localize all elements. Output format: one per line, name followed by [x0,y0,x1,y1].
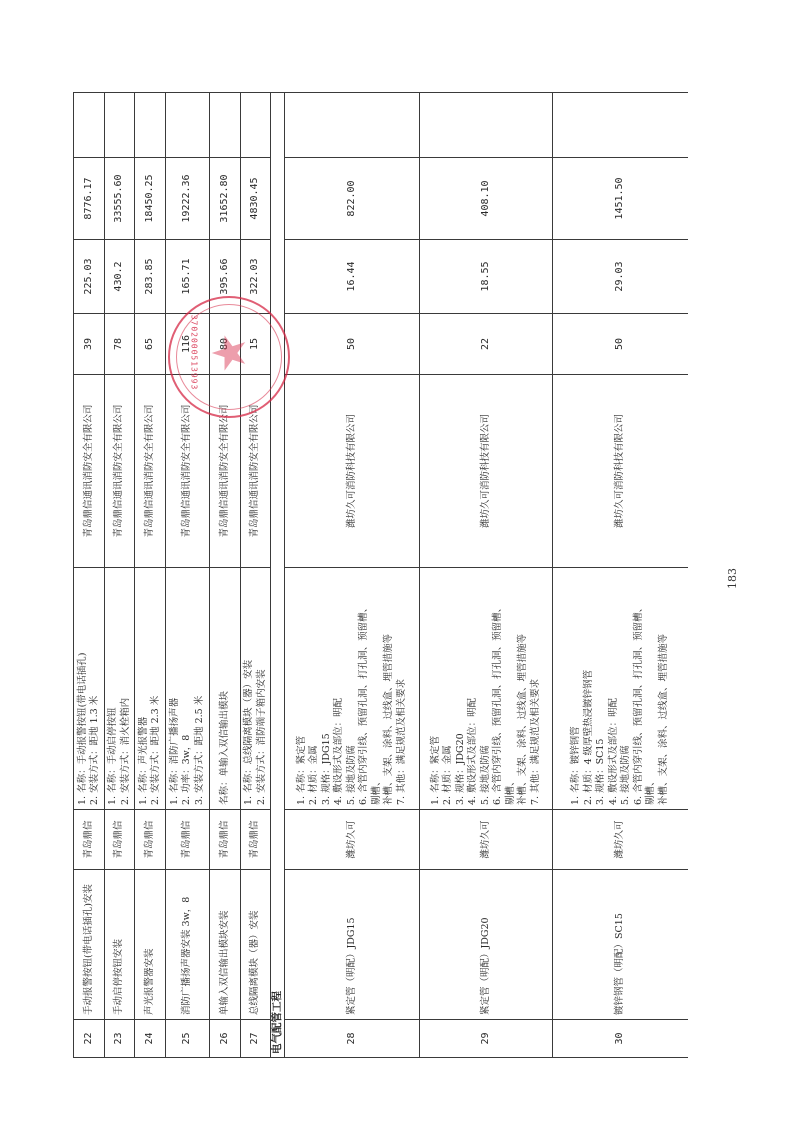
feature-line: 1. 名称：紧定管 [430,572,443,805]
remark [553,93,688,158]
page-number: 183 [726,568,739,589]
supplier-full: 潍坊久可消防科技有限公司 [285,375,420,568]
unit-price: 18.55 [420,240,553,314]
row-number: 26 [210,1020,241,1058]
feature-line: 名称：单输入双信输出模块 [219,572,232,805]
quantity: 15 [241,314,271,375]
feature-line: 2. 材质：金属 [308,572,321,805]
unit-price: 165.71 [166,240,210,314]
feature-line: 1. 名称：声光报警器 [138,572,151,805]
item-features: 1. 名称：镀锌钢管2. 材质：4 级厚壁热浸镀锌钢管3. 规格：SC154. … [553,568,688,810]
remark [285,93,420,158]
feature-line: 2. 功率：3w，8 [181,572,194,805]
remark [210,93,241,158]
unit-price: 395.66 [210,240,241,314]
feature-line: 剔槽、 [371,572,384,805]
supplier-full: 潍坊久可消防科技有限公司 [553,375,688,568]
feature-line: 1. 名称：消防广播扬声器 [169,572,182,805]
item-features: 1. 名称：手动启停按钮2. 安装方式：消火栓箱内 [105,568,135,810]
quantity: 80 [210,314,241,375]
unit-price: 29.03 [553,240,688,314]
row-number: 23 [105,1020,135,1058]
item-name: 声光报警器安装 [135,870,166,1020]
rotated-table-container: 22手动报警按钮(带电话插孔)安装青岛鼎信1. 名称：手动报警按钮(带电话插孔)… [73,93,688,1058]
supplier-short: 青岛鼎信 [166,810,210,870]
item-features: 1. 名称：紧定管2. 材质：金属3. 规格：JDG154. 敷设形式及部位：明… [285,568,420,810]
feature-line: 3. 安装方式：距地 2.5 米 [194,572,207,805]
supplier-short: 潍坊久可 [553,810,688,870]
unit-price: 322.03 [241,240,271,314]
feature-line: 1. 名称：镀锌钢管 [570,572,583,805]
feature-line: 6. 含管内穿引线、预留孔洞、打孔洞、预留槽、 [358,572,371,805]
feature-line: 1. 名称：手动报警按钮(带电话插孔) [77,572,90,805]
feature-line: 3. 规格：JDG20 [455,572,468,805]
supplier-full: 青岛鼎信通讯消防安全有限公司 [135,375,166,568]
table-row: 23手动启停按钮安装青岛鼎信1. 名称：手动启停按钮2. 安装方式：消火栓箱内青… [105,93,135,1058]
feature-line: 2. 安装方式：距地 1.3 米 [89,572,102,805]
feature-line: 4. 敷设形式及部位：明配 [608,572,621,805]
supplier-short: 青岛鼎信 [241,810,271,870]
table-row: 22手动报警按钮(带电话插孔)安装青岛鼎信1. 名称：手动报警按钮(带电话插孔)… [74,93,105,1058]
quantity: 50 [285,314,420,375]
total-price: 19222.36 [166,158,210,240]
remark [135,93,166,158]
total-price: 408.10 [420,158,553,240]
item-name: 紧定管（明配）JDG15 [285,870,420,1020]
supplier-full: 青岛鼎信通讯消防安全有限公司 [241,375,271,568]
total-price: 18450.25 [135,158,166,240]
feature-line: 补槽、支架、涂料、过线盒、埋管措施等 [383,572,396,805]
row-number: 22 [74,1020,105,1058]
feature-line: 剔槽、 [645,572,658,805]
feature-line: 2. 材质：4 级厚壁热浸镀锌钢管 [583,572,596,805]
row-number: 30 [553,1020,688,1058]
table-row: 27总线隔离模块（器）安装青岛鼎信1. 名称：总线隔离模块（器）安装2. 安装方… [241,93,271,1058]
section-header-row: 电气配管工程 [271,93,285,1058]
supplier-full: 青岛鼎信通讯消防安全有限公司 [105,375,135,568]
row-number: 29 [420,1020,553,1058]
item-name: 总线隔离模块（器）安装 [241,870,271,1020]
feature-line: 1. 名称：总线隔离模块（器）安装 [243,572,256,805]
bill-of-quantities-table: 22手动报警按钮(带电话插孔)安装青岛鼎信1. 名称：手动报警按钮(带电话插孔)… [73,92,688,1058]
item-features: 1. 名称：声光报警器2. 安装方式：距地 2.3 米 [135,568,166,810]
supplier-full: 青岛鼎信通讯消防安全有限公司 [74,375,105,568]
total-price: 4830.45 [241,158,271,240]
quantity: 65 [135,314,166,375]
total-price: 8776.17 [74,158,105,240]
feature-line: 5. 接地及防腐 [480,572,493,805]
feature-line: 3. 规格：JDG15 [321,572,334,805]
row-number: 27 [241,1020,271,1058]
item-name: 手动启停按钮安装 [105,870,135,1020]
supplier-short: 青岛鼎信 [74,810,105,870]
item-features: 1. 名称：手动报警按钮(带电话插孔)2. 安装方式：距地 1.3 米 [74,568,105,810]
item-features: 名称：单输入双信输出模块 [210,568,241,810]
table-row: 28紧定管（明配）JDG15潍坊久可1. 名称：紧定管2. 材质：金属3. 规格… [285,93,420,1058]
total-price: 31652.80 [210,158,241,240]
feature-line: 7. 其他：满足规范及相关要求 [396,572,409,805]
feature-line: 4. 敷设形式及部位：明配 [333,572,346,805]
table-row: 25消防广播扬声器安装 3w，8青岛鼎信1. 名称：消防广播扬声器2. 功率：3… [166,93,210,1058]
feature-line: 4. 敷设形式及部位：明配 [467,572,480,805]
feature-line: 5. 接地及防腐 [620,572,633,805]
item-name: 手动报警按钮(带电话插孔)安装 [74,870,105,1020]
quantity: 39 [74,314,105,375]
feature-line: 5. 接地及防腐 [346,572,359,805]
table-row: 30镀锌钢管（明配）SC15潍坊久可1. 名称：镀锌钢管2. 材质：4 级厚壁热… [553,93,688,1058]
item-name: 消防广播扬声器安装 3w，8 [166,870,210,1020]
item-features: 1. 名称：紧定管2. 材质：金属3. 规格：JDG204. 敷设形式及部位：明… [420,568,553,810]
feature-line: 剔槽、 [505,572,518,805]
table-row: 26单输入双信输出模块安装青岛鼎信名称：单输入双信输出模块青岛鼎信通讯消防安全有… [210,93,241,1058]
feature-line: 1. 名称：紧定管 [296,572,309,805]
row-number: 25 [166,1020,210,1058]
unit-price: 16.44 [285,240,420,314]
supplier-short: 青岛鼎信 [135,810,166,870]
supplier-short: 潍坊久可 [285,810,420,870]
item-features: 1. 名称：消防广播扬声器2. 功率：3w，83. 安装方式：距地 2.5 米 [166,568,210,810]
supplier-full: 青岛鼎信通讯消防安全有限公司 [210,375,241,568]
feature-line: 6. 含管内穿引线、预留孔洞、打孔洞、预留槽、 [633,572,646,805]
row-number: 28 [285,1020,420,1058]
total-price: 1451.50 [553,158,688,240]
remark [241,93,271,158]
item-features: 1. 名称：总线隔离模块（器）安装2. 安装方式：消防端子箱内安装 [241,568,271,810]
feature-line: 2. 安装方式：消火栓箱内 [120,572,133,805]
section-title: 电气配管工程 [271,93,285,1058]
feature-line: 1. 名称：手动启停按钮 [107,572,120,805]
unit-price: 430.2 [105,240,135,314]
quantity: 50 [553,314,688,375]
item-name: 镀锌钢管（明配）SC15 [553,870,688,1020]
quantity: 78 [105,314,135,375]
supplier-short: 青岛鼎信 [105,810,135,870]
supplier-short: 潍坊久可 [420,810,553,870]
unit-price: 225.03 [74,240,105,314]
feature-line: 2. 安装方式：距地 2.3 米 [150,572,163,805]
unit-price: 283.85 [135,240,166,314]
remark [166,93,210,158]
supplier-short: 青岛鼎信 [210,810,241,870]
total-price: 822.00 [285,158,420,240]
remark [105,93,135,158]
table-row: 29紧定管（明配）JDG20潍坊久可1. 名称：紧定管2. 材质：金属3. 规格… [420,93,553,1058]
feature-line: 补槽、支架、涂料、过线盒、埋管措施等 [658,572,671,805]
row-number: 24 [135,1020,166,1058]
remark [420,93,553,158]
supplier-full: 潍坊久可消防科技有限公司 [420,375,553,568]
total-price: 33555.60 [105,158,135,240]
table-row: 24声光报警器安装青岛鼎信1. 名称：声光报警器2. 安装方式：距地 2.3 米… [135,93,166,1058]
remark [74,93,105,158]
supplier-full: 青岛鼎信通讯消防安全有限公司 [166,375,210,568]
feature-line: 2. 材质：金属 [442,572,455,805]
quantity: 22 [420,314,553,375]
quantity: 116 [166,314,210,375]
feature-line: 7. 其他：满足规范及相关要求 [530,572,543,805]
feature-line: 补槽、支架、涂料、过线盒、埋管措施等 [517,572,530,805]
feature-line: 2. 安装方式：消防端子箱内安装 [256,572,269,805]
feature-line: 3. 规格：SC15 [595,572,608,805]
feature-line: 6. 含管内穿引线、预留孔洞、打孔洞、预留槽、 [492,572,505,805]
item-name: 紧定管（明配）JDG20 [420,870,553,1020]
item-name: 单输入双信输出模块安装 [210,870,241,1020]
